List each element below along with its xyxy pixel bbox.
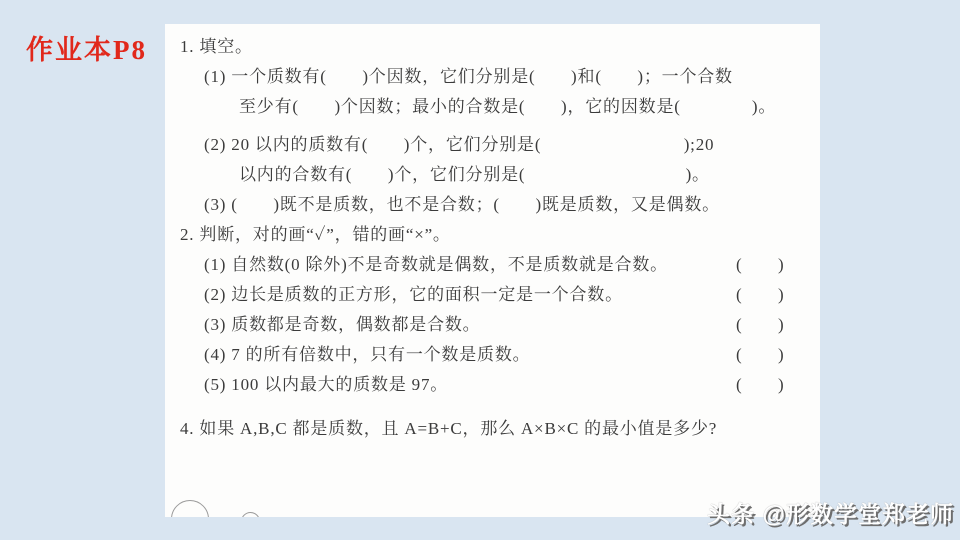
- watermark-text: 头条 @形数学堂郑老师: [707, 496, 954, 529]
- worksheet-lines: 1. 填空。(1) 一个质数有( )个因数，它们分别是( )和( )；一个合数至…: [165, 32, 820, 444]
- worksheet-line-text: (1) 自然数(0 除外)不是奇数就是偶数，不是质数就是合数。: [204, 255, 668, 274]
- worksheet-line-text: (2) 20 以内的质数有( )个，它们分别是( );20: [204, 135, 714, 154]
- slide-background: { "page": { "badge": "作业本P8", "watermark…: [0, 0, 960, 540]
- worksheet-line: 4. 如果 A,B,C 都是质数，且 A=B+C，那么 A×B×C 的最小值是多…: [165, 414, 820, 444]
- worksheet-line-text: (3) 质数都是奇数，偶数都是合数。: [204, 315, 480, 334]
- circle-arc-large: [171, 500, 209, 517]
- worksheet-line: (3) 质数都是奇数，偶数都是合数。( ): [165, 310, 820, 340]
- worksheet-line-text: 至少有( )个因数；最小的合数是( )，它的因数是( )。: [239, 97, 776, 116]
- worksheet-line: (4) 7 的所有倍数中，只有一个数是质数。( ): [165, 340, 820, 370]
- circle-arc-small: [241, 512, 260, 517]
- worksheet-line-text: (3) ( )既不是质数，也不是合数；( )既是质数，又是偶数。: [204, 195, 720, 214]
- worksheet-panel: 1. 填空。(1) 一个质数有( )个因数，它们分别是( )和( )；一个合数至…: [165, 24, 820, 517]
- worksheet-line-text: 以内的合数有( )个，它们分别是( )。: [239, 165, 710, 184]
- worksheet-line-text: (5) 100 以内最大的质数是 97。: [204, 375, 448, 394]
- worksheet-line: (1) 一个质数有( )个因数，它们分别是( )和( )；一个合数: [165, 62, 820, 92]
- worksheet-line: (2) 边长是质数的正方形，它的面积一定是一个合数。( ): [165, 280, 820, 310]
- answer-blank: ( ): [736, 280, 785, 310]
- worksheet-line-text: 4. 如果 A,B,C 都是质数，且 A=B+C，那么 A×B×C 的最小值是多…: [180, 419, 717, 438]
- worksheet-line: 1. 填空。: [165, 32, 820, 62]
- worksheet-line: (2) 20 以内的质数有( )个，它们分别是( );20: [165, 130, 820, 160]
- answer-blank: ( ): [736, 370, 785, 400]
- worksheet-line: 2. 判断，对的画“✓”，错的画“×”。: [165, 220, 820, 250]
- workbook-page-badge: 作业本P8: [26, 28, 147, 67]
- answer-blank: ( ): [736, 340, 785, 370]
- answer-blank: ( ): [736, 310, 785, 340]
- answer-blank: ( ): [736, 250, 785, 280]
- worksheet-line-text: (1) 一个质数有( )个因数，它们分别是( )和( )；一个合数: [204, 67, 733, 86]
- worksheet-line: 以内的合数有( )个，它们分别是( )。: [165, 160, 820, 190]
- worksheet-line-text: 1. 填空。: [180, 37, 253, 56]
- worksheet-line: 至少有( )个因数；最小的合数是( )，它的因数是( )。: [165, 92, 820, 122]
- worksheet-line-text: (2) 边长是质数的正方形，它的面积一定是一个合数。: [204, 285, 623, 304]
- worksheet-line: (5) 100 以内最大的质数是 97。( ): [165, 370, 820, 400]
- worksheet-line-text: 2. 判断，对的画“✓”，错的画“×”。: [180, 225, 451, 244]
- worksheet-line-text: (4) 7 的所有倍数中，只有一个数是质数。: [204, 345, 530, 364]
- worksheet-line: (3) ( )既不是质数，也不是合数；( )既是质数，又是偶数。: [165, 190, 820, 220]
- worksheet-line: (1) 自然数(0 除外)不是奇数就是偶数，不是质数就是合数。( ): [165, 250, 820, 280]
